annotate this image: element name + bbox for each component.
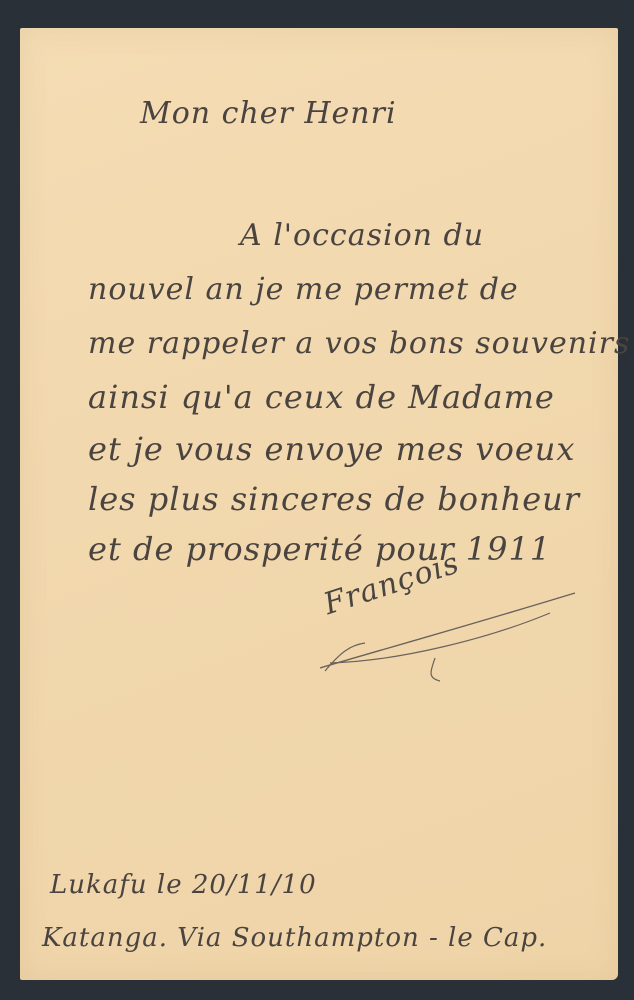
letter-line-2: nouvel an je me permet de [88,272,519,307]
postal-route: Katanga. Via Southampton - le Cap. [42,923,547,953]
letter-greeting: Mon cher Henri [140,96,397,131]
place-date: Lukafu le 20/11/10 [50,870,317,900]
letter-line-3: me rappeler a vos bons souvenirs [88,326,630,361]
letter-line-7: et de prosperité pour 1911 [88,530,551,568]
letter-line-4: ainsi qu'a ceux de Madame [88,378,555,416]
letter-line-1: A l'occasion du [240,218,484,253]
letter-line-6: les plus sinceres de bonheur [88,480,580,518]
letter-line-5: et je vous envoye mes voeux [88,430,575,468]
postcard: Mon cher Henri A l'occasion du nouvel an… [20,28,618,980]
